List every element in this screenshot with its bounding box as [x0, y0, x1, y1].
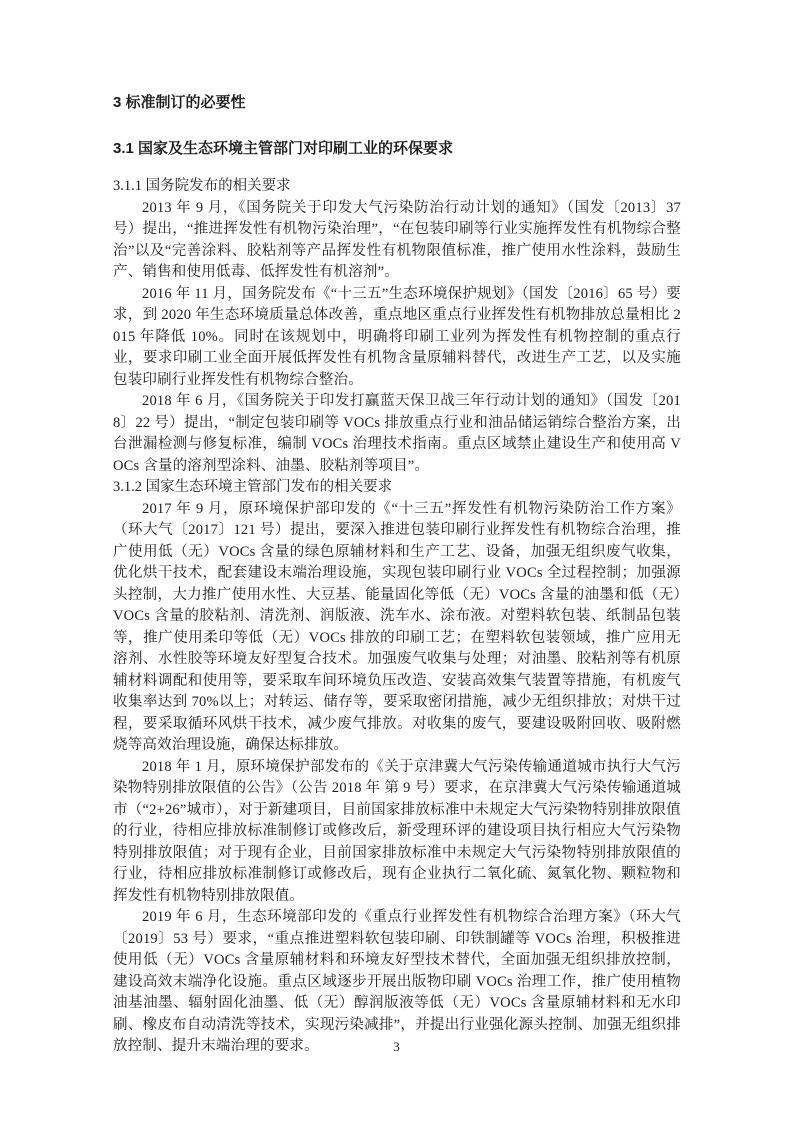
paragraph-2017-voc-plan: 2017 年 9 月，原环境保护部印发的《“十三五”挥发性有机物污染防治工作方案… [113, 499, 681, 757]
section-heading-3-1: 3.1 国家及生态环境主管部门对印刷工业的环保要求 [113, 138, 681, 160]
paragraph-2016-plan: 2016 年 11 月，国务院发布《“十三五”生态环境保护规划》（国发〔2016… [113, 284, 681, 392]
paragraph-2018-blue-sky: 2018 年 6 月，《国务院关于印发打赢蓝天保卫战三年行动计划的通知》（国发〔… [113, 391, 681, 477]
paragraph-2019-key-industries: 2019 年 6 月，生态环境部印发的《重点行业挥发性有机物综合治理方案》（环大… [113, 907, 681, 1058]
subsection-heading-3-1-2: 3.1.2 国家生态环境主管部门发布的相关要求 [113, 477, 681, 499]
subsection-heading-3-1-1: 3.1.1 国务院发布的相关要求 [113, 176, 681, 198]
document-page: 3 标准制订的必要性 3.1 国家及生态环境主管部门对印刷工业的环保要求 3.1… [0, 0, 793, 1122]
paragraph-2013-notice: 2013 年 9 月，《国务院关于印发大气污染防治行动计划的通知》（国发〔201… [113, 198, 681, 284]
paragraph-2018-jingjinji: 2018 年 1 月，原环境保护部发布的《关于京津冀大气污染传输通道城市执行大气… [113, 757, 681, 908]
page-number: 3 [0, 1038, 793, 1056]
chapter-heading: 3 标准制订的必要性 [113, 92, 681, 114]
